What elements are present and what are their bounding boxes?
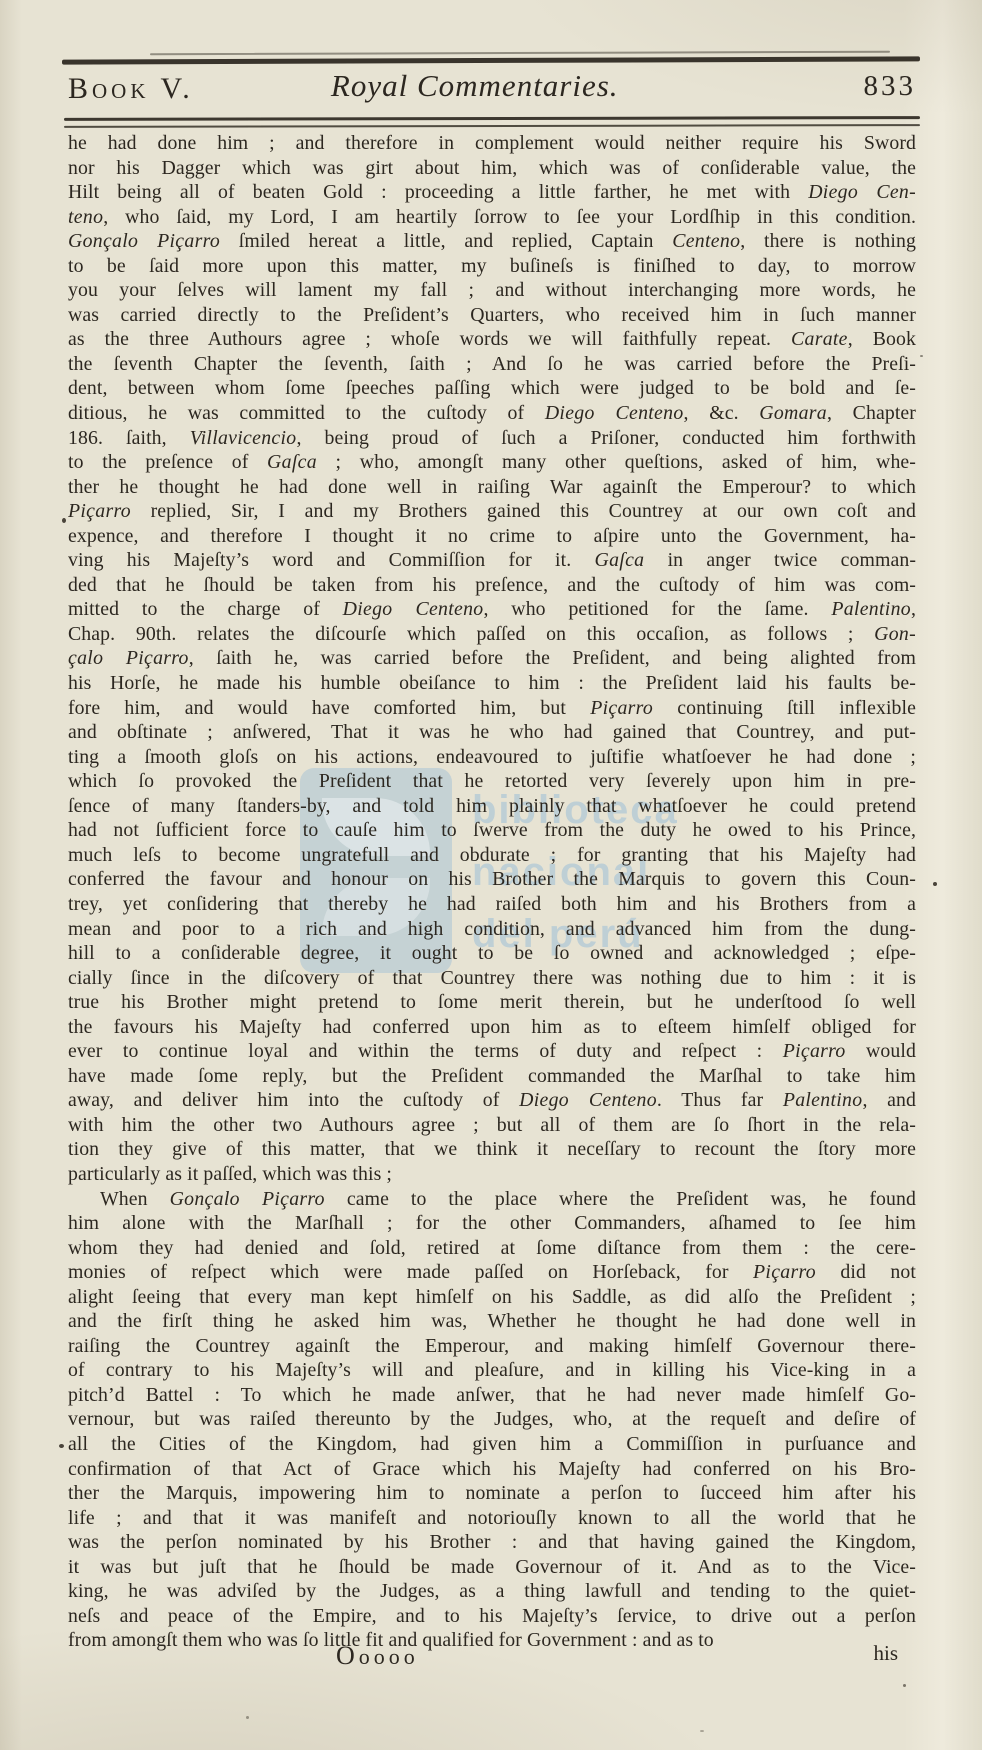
header-rule-upper — [64, 116, 920, 121]
body-line: ditious, he was committed to the cuſtody… — [68, 401, 916, 426]
body-line: to be ſaid more upon this matter, my buſ… — [68, 254, 916, 279]
body-line: with him the other two Authours agree ; … — [68, 1113, 916, 1138]
page-speckle — [903, 1684, 906, 1687]
page-footer: Ooooo his — [68, 1641, 916, 1671]
book-page-scan: biblioteca nacional del perú Book V. Roy… — [0, 0, 982, 1750]
body-line: the ſeventh Chapter the ſeventh, ſaith ;… — [68, 352, 916, 377]
body-line: had not ſufficient force to cauſe him to… — [68, 818, 916, 843]
body-line: to the preſence of Gaſca ; who, amongſt … — [68, 450, 916, 475]
body-line: was the perſon nominated by his Brother … — [68, 1530, 916, 1555]
body-line: all the Cities of the Kingdom, had given… — [68, 1432, 916, 1457]
body-line: Chap. 90th. relates the diſcourſe which … — [68, 622, 916, 647]
signature-mark: Ooooo — [336, 1641, 419, 1671]
body-line: çalo Piçarro, ſaith he, was carried befo… — [68, 646, 916, 671]
body-line: 186. ſaith, Villavicencio, being proud o… — [68, 426, 916, 451]
body-line: of contrary to his Majeſty’s will and pl… — [68, 1358, 916, 1383]
body-text: he had done him ; and therefore in compl… — [68, 131, 916, 1653]
body-line: ther he thought he had done well in raiſ… — [68, 475, 916, 500]
body-line: true his Brother might pretend to ſome m… — [68, 990, 916, 1015]
body-line: you your ſelves will lament my fall ; an… — [68, 278, 916, 303]
body-line: monies of reſpect which were made paſſed… — [68, 1260, 916, 1285]
page-speckle — [700, 1730, 704, 1732]
top-rule — [62, 56, 920, 64]
page-speckle — [933, 882, 937, 886]
body-line: king, he was adviſed by the Judges, as a… — [68, 1579, 916, 1604]
body-line: much leſs to become ungratefull and obdu… — [68, 843, 916, 868]
body-line: dent, between whom ſome ſpeeches paſſing… — [68, 376, 916, 401]
body-line: the favours his Majeſty had conferred up… — [68, 1015, 916, 1040]
body-line: it was but juſt that he ſhould be made G… — [68, 1555, 916, 1580]
body-line: life ; and that it was manifeſt and noto… — [68, 1506, 916, 1531]
body-line: vernour, but was raiſed thereunto by the… — [68, 1407, 916, 1432]
body-line: his Horſe, he made his humble obeiſance … — [68, 671, 916, 696]
body-line: whom they had denied and ſold, retired a… — [68, 1236, 916, 1261]
body-line: Gonçalo Piçarro ſmiled hereat a little, … — [68, 229, 916, 254]
running-header: Book V. Royal Commentaries. 833 — [66, 68, 918, 114]
body-line: conferred the favour and honour on his B… — [68, 867, 916, 892]
body-line: ever to continue loyal and within the te… — [68, 1039, 916, 1064]
body-line: as the three Authours agree ; whoſe word… — [68, 327, 916, 352]
body-line: Hilt being all of beaten Gold : proceedi… — [68, 180, 916, 205]
body-line: was carried directly to the Preſident’s … — [68, 303, 916, 328]
header-rule-lower — [64, 124, 920, 128]
body-line: ving his Majeſty’s word and Commiſſion f… — [68, 548, 916, 573]
body-line: nor his Dagger which was girt about him,… — [68, 156, 916, 181]
body-line: ther the Marquis, impowering him to nomi… — [68, 1481, 916, 1506]
body-line: him alone with the Marſhall ; for the ot… — [68, 1211, 916, 1236]
body-line: and the firſt thing he asked him was, Wh… — [68, 1309, 916, 1334]
body-line: away, and deliver him into the cuſtody o… — [68, 1088, 916, 1113]
body-line: raiſing the Countrey againſt the Emperou… — [68, 1334, 916, 1359]
book-label: Book V. — [68, 72, 194, 106]
body-line: pitch’d Battel : To which he made anſwer… — [68, 1383, 916, 1408]
body-line: teno, who ſaid, my Lord, I am heartily ſ… — [68, 205, 916, 230]
body-line: hill to a conſiderable degree, it ought … — [68, 941, 916, 966]
top-rule-echo — [150, 51, 890, 56]
body-line: mitted to the charge of Diego Centeno, w… — [68, 597, 916, 622]
body-line: he had done him ; and therefore in compl… — [68, 131, 916, 156]
body-line: which ſo provoked the Preſident that he … — [68, 769, 916, 794]
body-line: and obſtinate ; anſwered, That it was he… — [68, 720, 916, 745]
body-line: alight ſeeing that every man kept himſel… — [68, 1285, 916, 1310]
body-line: neſs and peace of the Empire, and to his… — [68, 1604, 916, 1629]
body-line: ting a ſmooth gloſs on his actions, ende… — [68, 745, 916, 770]
catchword: his — [873, 1641, 898, 1666]
page-speckle — [246, 1716, 249, 1719]
body-line: particularly as it paſſed, which was thi… — [68, 1162, 916, 1187]
body-line: fore him, and would have comforted him, … — [68, 696, 916, 721]
page-speckle — [59, 1444, 64, 1448]
body-line: When Gonçalo Piçarro came to the place w… — [68, 1187, 916, 1212]
body-line: confirmation of that Act of Grace which … — [68, 1457, 916, 1482]
body-line: have made ſome reply, but the Preſident … — [68, 1064, 916, 1089]
body-line: ſence of many ſtanders-by, and told him … — [68, 794, 916, 819]
body-line: cially ſince in the diſcovery of that Co… — [68, 966, 916, 991]
page-speckle — [920, 355, 923, 357]
body-line: Piçarro replied, Sir, I and my Brothers … — [68, 499, 916, 524]
body-line: tion they give of this matter, that we t… — [68, 1137, 916, 1162]
body-line: ded that he ſhould be taken from his pre… — [68, 573, 916, 598]
page-title: Royal Commentaries. — [331, 68, 619, 104]
body-line: mean and poor to a rich and high conditi… — [68, 917, 916, 942]
page-number: 833 — [864, 70, 917, 103]
body-line: expence, and therefore I thought it no c… — [68, 524, 916, 549]
body-line: trey, yet conſidering that thereby he ha… — [68, 892, 916, 917]
page-speckle — [62, 518, 66, 523]
